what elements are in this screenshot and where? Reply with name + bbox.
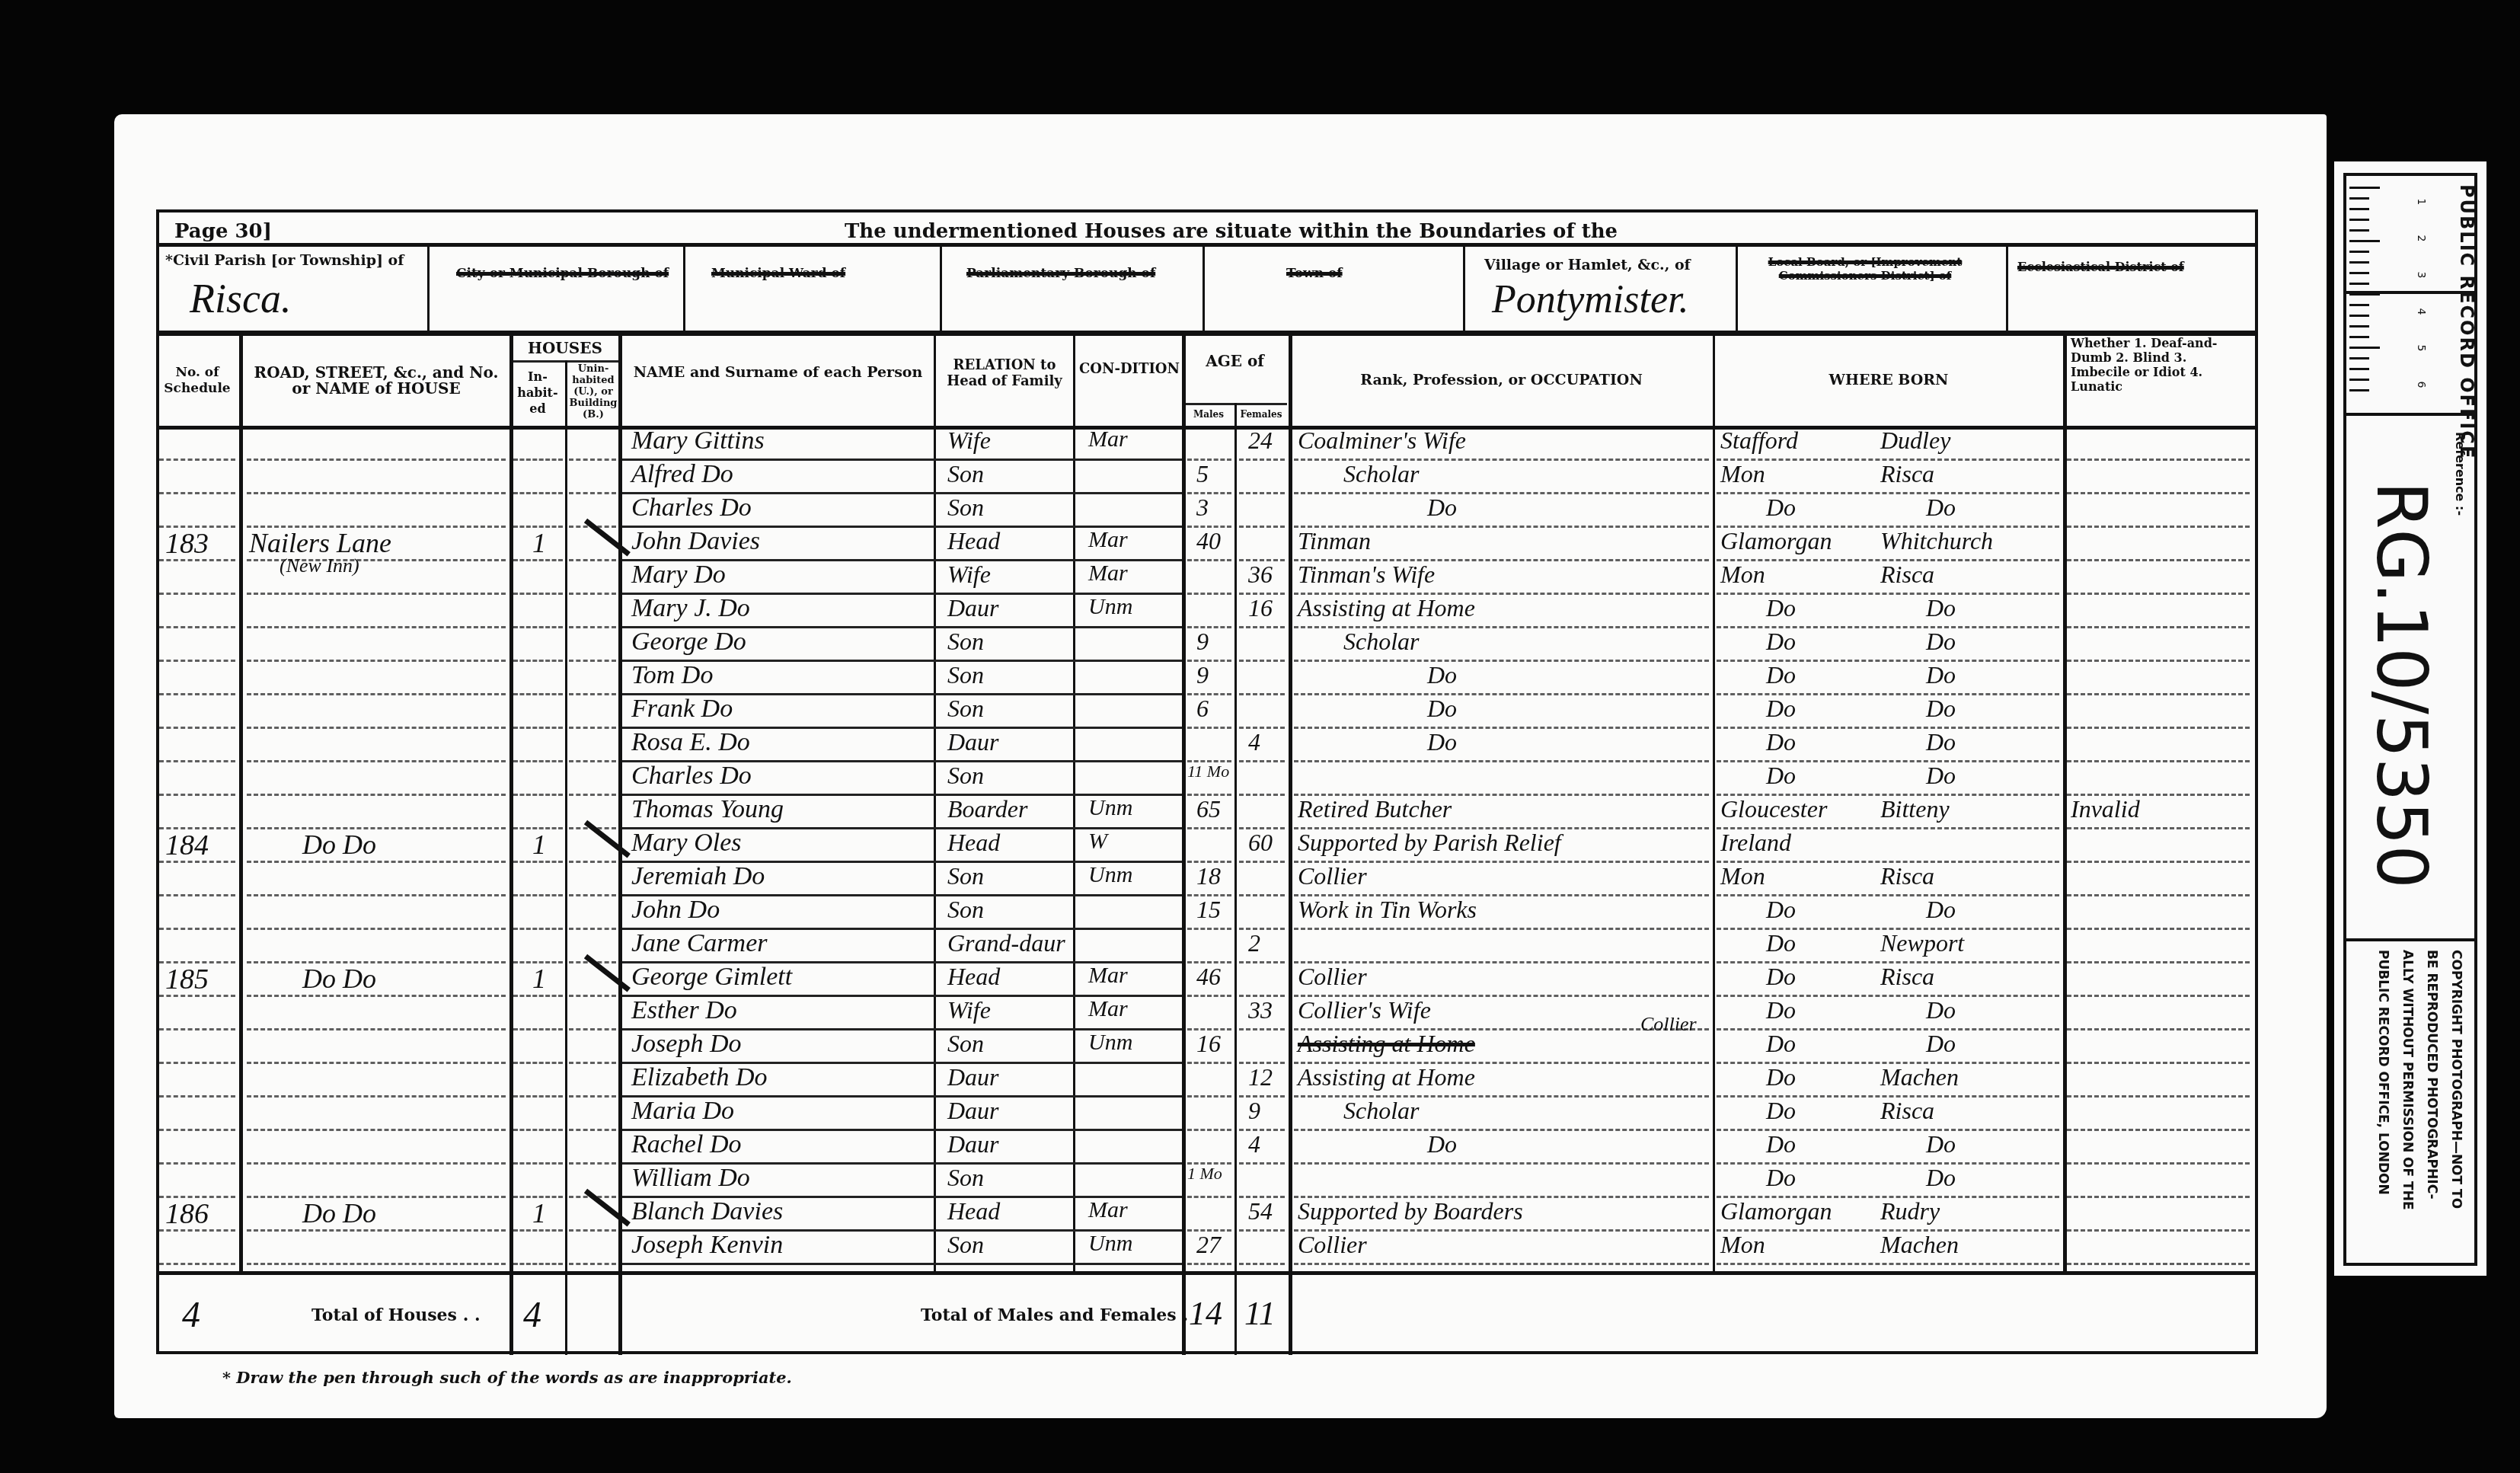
condition: Mar <box>1088 1197 1128 1223</box>
copyright-notice: COPYRIGHT PHOTOGRAPH—NOT TOBE REPRODUCED… <box>2357 950 2471 1254</box>
relation: Son <box>947 1231 984 1259</box>
occupation: Assisting at Home <box>1298 594 1475 622</box>
birth-county: Do <box>1766 762 1796 790</box>
birth-county: Do <box>1766 896 1796 924</box>
birth-place: Do <box>1926 1164 1956 1192</box>
total-houses-value: 4 <box>523 1294 541 1336</box>
copyright-line: PUBLIC RECORD OFFICE, LONDON <box>2375 950 2391 1195</box>
col-name: NAME and Surname of each Person <box>624 365 932 381</box>
inhabited-count: 1 <box>532 1197 546 1229</box>
birth-place: Do <box>1926 1030 1956 1058</box>
relation: Daur <box>947 1097 999 1125</box>
col-males: Males <box>1183 407 1234 423</box>
relation: Son <box>947 862 984 890</box>
copyright-line: COPYRIGHT PHOTOGRAPH—NOT TO <box>2448 950 2464 1209</box>
total-males: 14 <box>1189 1294 1222 1333</box>
birth-place: Risca <box>1880 963 1934 991</box>
female-age: 2 <box>1248 929 1260 957</box>
col-condition: CON-DITION <box>1077 361 1182 377</box>
total-persons-label: Total of Males and Females . . <box>921 1305 1199 1325</box>
birth-place: Newport <box>1880 929 1964 957</box>
relation: Daur <box>947 728 999 756</box>
inhabited-count: 1 <box>532 963 546 995</box>
birth-county: Do <box>1766 1130 1796 1158</box>
occupation: Scholar <box>1343 1097 1420 1125</box>
birth-county: Mon <box>1720 561 1765 589</box>
birth-place: Rudry <box>1880 1197 1940 1225</box>
occupation-correction: Collier <box>1640 1013 1697 1036</box>
occupation: Collier <box>1298 1231 1367 1259</box>
male-age: 9 <box>1196 628 1209 656</box>
relation: Son <box>947 695 984 723</box>
relation: Head <box>947 1197 1000 1225</box>
relation: Boarder <box>947 795 1027 823</box>
household-divider-mark <box>584 820 631 858</box>
town-label: Town of <box>1286 266 1343 281</box>
person-name: Alfred Do <box>631 460 733 489</box>
relation: Head <box>947 963 1000 991</box>
birth-county: Do <box>1766 1097 1796 1125</box>
municipal-ward-label: Municipal Ward of <box>711 266 845 281</box>
female-age: 33 <box>1248 996 1273 1024</box>
col-houses: HOUSES <box>512 340 618 356</box>
birth-county: Do <box>1766 494 1796 522</box>
person-name: Jeremiah Do <box>631 862 765 891</box>
occupation: Do <box>1427 1130 1457 1158</box>
person-name: Maria Do <box>631 1097 734 1126</box>
female-age: 24 <box>1248 427 1273 455</box>
birth-county: Do <box>1766 628 1796 656</box>
male-age: 3 <box>1196 494 1209 522</box>
birth-county: Do <box>1766 695 1796 723</box>
male-age: 6 <box>1196 695 1209 723</box>
birth-place: Do <box>1926 996 1956 1024</box>
female-age: 12 <box>1248 1063 1273 1091</box>
occupation: Retired Butcher <box>1298 795 1452 823</box>
boundaries-title: The undermentioned Houses are situate wi… <box>845 220 1618 243</box>
road-note: (New Inn) <box>279 554 359 577</box>
birth-county: Mon <box>1720 862 1765 890</box>
road-name: Do Do <box>302 1197 376 1229</box>
occupation: Scholar <box>1343 460 1420 488</box>
condition: Unm <box>1088 795 1132 821</box>
birth-county: Do <box>1766 1164 1796 1192</box>
condition: Mar <box>1088 963 1128 989</box>
relation: Son <box>947 896 984 924</box>
condition: Mar <box>1088 561 1128 586</box>
male-age: 9 <box>1196 661 1209 689</box>
condition: Mar <box>1088 996 1128 1022</box>
census-form: Page 30] The undermentioned Houses are s… <box>156 209 2258 1354</box>
person-name: John Do <box>631 896 720 925</box>
birth-place: Machen <box>1880 1231 1959 1259</box>
scale-mark: 5 <box>2415 345 2427 352</box>
male-age: 15 <box>1196 896 1221 924</box>
person-name: Frank Do <box>631 695 733 724</box>
birth-place: Bitteny <box>1880 795 1950 823</box>
reference-value: RG.10/5350 <box>2361 481 2441 889</box>
male-age: 40 <box>1196 527 1221 555</box>
inhabited-count: 1 <box>532 829 546 861</box>
person-name: William Do <box>631 1164 750 1193</box>
occupation: Do <box>1427 695 1457 723</box>
relation: Son <box>947 460 984 488</box>
female-age: 54 <box>1248 1197 1273 1225</box>
occupation: Tinman <box>1298 527 1371 555</box>
occupation: Collier <box>1298 862 1367 890</box>
copyright-line: ALLY WITHOUT PERMISSION OF THE <box>2400 950 2415 1210</box>
ecclesiastical-label: Ecclesiastical District of <box>2017 260 2184 274</box>
col-infirmity: Whether 1. Deaf-and-Dumb 2. Blind 3. Imb… <box>2071 336 2246 394</box>
person-name: George Gimlett <box>631 963 792 992</box>
household-divider-mark <box>584 954 631 992</box>
relation: Daur <box>947 1063 999 1091</box>
city-borough-label: City or Municipal Borough of <box>456 266 669 281</box>
male-age: 11 Mo <box>1187 762 1229 781</box>
male-age: 27 <box>1196 1231 1221 1259</box>
occupation: Assisting at Home <box>1298 1063 1475 1091</box>
household-divider-mark <box>584 519 631 557</box>
scale-mark: 3 <box>2415 272 2427 279</box>
civil-parish-value: Risca. <box>190 275 291 322</box>
person-name: John Davies <box>631 527 760 556</box>
col-age: AGE of <box>1183 353 1286 369</box>
occupation: Do <box>1427 661 1457 689</box>
relation: Wife <box>947 996 991 1024</box>
birth-place: Risca <box>1880 862 1934 890</box>
person-name: Jane Carmer <box>631 929 767 958</box>
scale-mark: 4 <box>2415 308 2427 315</box>
female-age: 9 <box>1248 1097 1260 1125</box>
male-age: 18 <box>1196 862 1221 890</box>
relation: Son <box>947 628 984 656</box>
relation: Son <box>947 661 984 689</box>
occupation: Tinman's Wife <box>1298 561 1435 589</box>
birth-county: Mon <box>1720 460 1765 488</box>
birth-county: Glamorgan <box>1720 527 1832 555</box>
person-name: Esther Do <box>631 996 737 1025</box>
reference-label: Reference :- <box>2453 432 2467 516</box>
birth-county: Do <box>1766 1030 1796 1058</box>
village-value: Pontymister. <box>1492 277 1689 322</box>
total-houses-label: Total of Houses . . <box>311 1305 481 1325</box>
scale-mark: 1 <box>2415 199 2427 206</box>
col-where-born: WHERE BORN <box>1714 372 2063 388</box>
relation: Daur <box>947 1130 999 1158</box>
footnote: * Draw the pen through such of the words… <box>222 1368 792 1387</box>
civil-parish-label: *Civil Parish [or Township] of <box>165 252 404 269</box>
relation: Wife <box>947 561 991 589</box>
person-name: Rosa E. Do <box>631 728 750 757</box>
occupation: Collier's Wife <box>1298 996 1431 1024</box>
condition: Unm <box>1088 1030 1132 1056</box>
birth-place: Do <box>1926 594 1956 622</box>
relation: Grand-daur <box>947 929 1065 957</box>
person-name: Joseph Do <box>631 1030 741 1059</box>
schedule-number: 186 <box>165 1197 209 1231</box>
copyright-line: BE REPRODUCED PHOTOGRAPHIC- <box>2424 950 2439 1200</box>
occupation: Work in Tin Works <box>1298 896 1477 924</box>
relation: Head <box>947 527 1000 555</box>
village-label: Village or Hamlet, &c., of <box>1484 257 1691 273</box>
infirmity: Invalid <box>2071 795 2140 823</box>
occupation: Supported by Parish Relief <box>1298 829 1561 857</box>
condition: Unm <box>1088 1231 1132 1257</box>
condition: Unm <box>1088 862 1132 888</box>
parliamentary-borough-label: Parliamentary Borough of <box>966 266 1155 281</box>
scale-mark: 6 <box>2415 382 2427 388</box>
archive-reference-strip: PUBLIC RECORD OFFICE 123456 Reference :-… <box>2334 161 2486 1276</box>
female-age: 4 <box>1248 728 1260 756</box>
road-name: Do Do <box>302 829 376 861</box>
person-name: Mary Gittins <box>631 427 765 455</box>
scale-mark: 2 <box>2415 235 2427 242</box>
birth-place: Do <box>1926 494 1956 522</box>
scale-ruler: 123456 <box>2349 181 2448 409</box>
col-schedule: No. of Schedule <box>159 365 235 397</box>
occupation: Collier <box>1298 963 1367 991</box>
schedule-number: 185 <box>165 963 209 996</box>
birth-place: Risca <box>1880 561 1934 589</box>
birth-place: Do <box>1926 661 1956 689</box>
person-name: Rachel Do <box>631 1130 741 1159</box>
birth-place: Do <box>1926 896 1956 924</box>
birth-county: Do <box>1766 1063 1796 1091</box>
birth-place: Do <box>1926 1130 1956 1158</box>
col-road: ROAD, STREET, &c., and No. or NAME of HO… <box>243 365 509 397</box>
person-name: Charles Do <box>631 494 752 522</box>
birth-place: Risca <box>1880 460 1934 488</box>
person-name: Elizabeth Do <box>631 1063 767 1092</box>
occupation: Do <box>1427 728 1457 756</box>
archive-title: PUBLIC RECORD OFFICE <box>2456 184 2477 459</box>
female-age: 36 <box>1248 561 1273 589</box>
schedule-number: 183 <box>165 527 209 561</box>
birth-county: Mon <box>1720 1231 1765 1259</box>
person-name: Thomas Young <box>631 795 784 824</box>
person-name: Tom Do <box>631 661 713 690</box>
occupation: Assisting at Home <box>1298 1030 1475 1058</box>
birth-place: Do <box>1926 728 1956 756</box>
relation: Son <box>947 1030 984 1058</box>
female-age: 4 <box>1248 1130 1260 1158</box>
person-name: Blanch Davies <box>631 1197 783 1226</box>
birth-place: Do <box>1926 762 1956 790</box>
condition: W <box>1088 829 1107 855</box>
male-age: 16 <box>1196 1030 1221 1058</box>
birth-place: Do <box>1926 628 1956 656</box>
local-board-label: Local Board, or [Improvement Commissione… <box>1743 255 1987 283</box>
birth-county: Do <box>1766 996 1796 1024</box>
person-name: George Do <box>631 628 746 657</box>
occupation: Do <box>1427 494 1457 522</box>
relation: Wife <box>947 427 991 455</box>
birth-county: Ireland <box>1720 829 1791 857</box>
birth-county: Stafford <box>1720 427 1798 455</box>
col-females: Females <box>1235 407 1287 423</box>
occupation: Coalminer's Wife <box>1298 427 1466 455</box>
total-females: 11 <box>1244 1294 1276 1333</box>
birth-place: Machen <box>1880 1063 1959 1091</box>
condition: Unm <box>1088 594 1132 620</box>
condition: Mar <box>1088 527 1128 553</box>
relation: Son <box>947 1164 984 1192</box>
birth-county: Do <box>1766 661 1796 689</box>
birth-county: Do <box>1766 728 1796 756</box>
condition: Mar <box>1088 427 1128 452</box>
birth-county: Do <box>1766 594 1796 622</box>
birth-place: Risca <box>1880 1097 1934 1125</box>
male-age: 5 <box>1196 460 1209 488</box>
birth-place: Do <box>1926 695 1956 723</box>
birth-county: Glamorgan <box>1720 1197 1832 1225</box>
male-age: 65 <box>1196 795 1221 823</box>
birth-county: Gloucester <box>1720 795 1827 823</box>
person-name: Mary J. Do <box>631 594 750 623</box>
female-age: 60 <box>1248 829 1273 857</box>
occupation: Supported by Boarders <box>1298 1197 1523 1225</box>
relation: Son <box>947 494 984 522</box>
female-age: 16 <box>1248 594 1273 622</box>
birth-place: Whitchurch <box>1880 527 1993 555</box>
person-name: Charles Do <box>631 762 752 791</box>
relation: Head <box>947 829 1000 857</box>
occupation: Scholar <box>1343 628 1420 656</box>
relation: Daur <box>947 594 999 622</box>
relation: Son <box>947 762 984 790</box>
col-uninhabited: Unin-habited (U.), or Building (B.) <box>567 363 619 420</box>
person-name: Joseph Kenvin <box>631 1231 783 1260</box>
birth-place: Dudley <box>1880 427 1950 455</box>
male-age: 1 Mo <box>1187 1164 1222 1184</box>
male-age: 46 <box>1196 963 1221 991</box>
col-relation: RELATION to Head of Family <box>936 357 1073 389</box>
inhabited-count: 1 <box>532 527 546 559</box>
birth-county: Do <box>1766 929 1796 957</box>
household-divider-mark <box>584 1189 631 1227</box>
person-name: Mary Oles <box>631 829 741 858</box>
page-number: Page 30] <box>174 220 272 243</box>
total-schedules: 4 <box>182 1294 200 1336</box>
birth-county: Do <box>1766 963 1796 991</box>
col-inhabited: In-habit-ed <box>512 369 564 417</box>
col-occupation: Rank, Profession, or OCCUPATION <box>1290 372 1713 388</box>
person-name: Mary Do <box>631 561 726 590</box>
road-name: Do Do <box>302 963 376 995</box>
schedule-number: 184 <box>165 829 209 862</box>
